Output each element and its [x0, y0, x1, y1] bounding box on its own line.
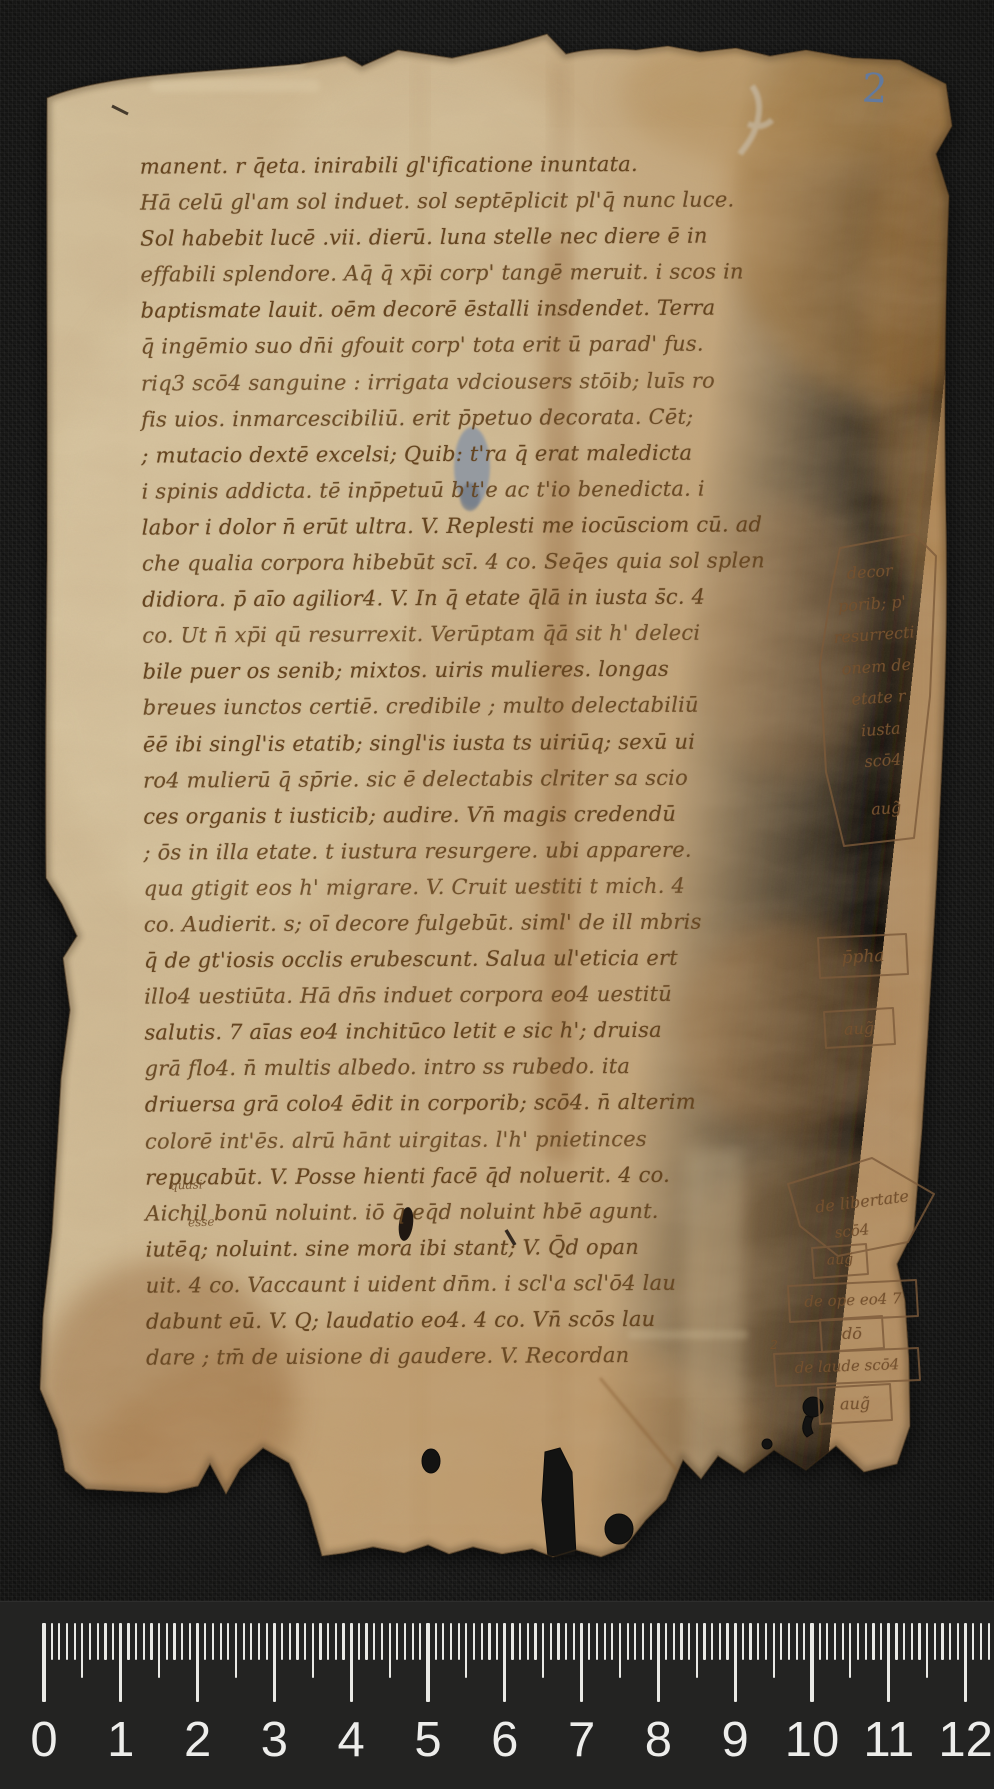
ruler-tick [281, 1623, 283, 1660]
ruler-tick [780, 1623, 782, 1660]
ruler-tick [842, 1623, 844, 1660]
ruler-tick [335, 1623, 337, 1660]
manuscript-text-line: riq3 scō4 sanguine : irrigata vdciousers… [141, 362, 741, 401]
ruler-tick [887, 1623, 890, 1702]
foliation-number: 2 [861, 65, 889, 112]
ruler-tick [312, 1623, 314, 1678]
ruler-tick [642, 1623, 644, 1660]
ruler-tick [458, 1623, 460, 1660]
ruler-tick [949, 1623, 951, 1660]
ruler-tick [342, 1623, 344, 1660]
manuscript-text-line: labor i dolor n̄ erūt ultra. V. Replesti… [142, 506, 742, 545]
ruler-tick [688, 1623, 690, 1660]
ruler-tick [796, 1623, 798, 1660]
margin-box-laude: de laude scō4 [776, 1350, 919, 1383]
ruler-tick [527, 1623, 529, 1660]
ruler-tick [396, 1623, 398, 1660]
ruler-tick [389, 1623, 391, 1678]
ruler-tick [988, 1623, 990, 1660]
ruler-tick [588, 1623, 590, 1660]
ruler-tick [150, 1623, 152, 1660]
manuscript-text-line: salutis. 7 aīas eo4 inchitūco letit e si… [144, 1012, 744, 1051]
manuscript-text-line: Aichil bonū noluint. iō q̄ eq̄d noluint … [145, 1192, 745, 1231]
ruler-tick [895, 1623, 897, 1660]
manuscript-text-line: i spinis addicta. tē inp̄petuū b't'e ac … [141, 470, 741, 509]
ruler-tick [503, 1623, 506, 1702]
manuscript-text-line: ; ōs in illa etate. t iustura resurgere.… [143, 831, 743, 870]
manuscript-text-line: Hā celū gl'am sol induet. sol septēplici… [140, 182, 740, 221]
ruler-tick [104, 1623, 106, 1660]
ruler-tick [127, 1623, 129, 1660]
ruler-tick [619, 1623, 621, 1678]
manuscript-text-line: che qualia corpora hibebūt scī. 4 co. Se… [142, 542, 742, 581]
ruler-tick [611, 1623, 613, 1660]
ruler-tick [810, 1623, 813, 1702]
ruler-tick [189, 1623, 191, 1660]
margin-box-laude-superscript: 2 [764, 1338, 784, 1352]
manuscript-text-line: dabunt eū. V. Q; laudatio eo4. 4 co. Vn̄… [146, 1300, 746, 1339]
ruler-tick [519, 1623, 521, 1660]
ruler-tick [934, 1623, 936, 1660]
ruler-tick [173, 1623, 175, 1660]
ruler-tick [627, 1623, 629, 1660]
ruler-tick [381, 1623, 383, 1660]
ruler-tick [657, 1623, 660, 1702]
scale-ruler: 0123456789101112 [0, 1601, 994, 1789]
manuscript-text-line: ēē ibi singl'is etatib; singl'is iusta t… [143, 723, 743, 762]
ruler-tick [711, 1623, 713, 1660]
ruler-tick [872, 1623, 874, 1660]
ruler-tick [350, 1623, 353, 1702]
ruler-tick [81, 1623, 83, 1678]
ruler-tick [511, 1623, 513, 1660]
ruler-tick [557, 1623, 559, 1660]
ruler-tick [819, 1623, 821, 1660]
ruler-tick [534, 1623, 536, 1660]
ruler-tick [926, 1623, 928, 1678]
ruler-tick [465, 1623, 467, 1678]
interlinear-gloss: quasi [170, 1177, 203, 1192]
ruler-tick [680, 1623, 682, 1660]
margin-note-line: scō4 [824, 741, 942, 781]
manuscript-text-line: iutēq; noluint. sine mora ibi stant; V. … [145, 1228, 745, 1267]
ruler-tick [243, 1623, 245, 1660]
ruler-tick [365, 1623, 367, 1660]
ruler-tick [266, 1623, 268, 1660]
ruler-tick [496, 1623, 498, 1660]
ruler-tick [273, 1623, 276, 1702]
ruler-tick [51, 1623, 53, 1660]
manuscript-text-line: q̄ de gt'iosis occlis erubescunt. Salua … [144, 939, 744, 978]
manuscript-text-line: grā flo4. n̄ multis albedo. intro ss rub… [145, 1048, 745, 1087]
manuscript-text-block: manent. r q̄eta. inirabili gl'ificatione… [140, 145, 746, 1375]
ruler-tick [66, 1623, 68, 1660]
margin-box-opere: de ope eo4 7 [789, 1282, 916, 1318]
ruler-tick [765, 1623, 767, 1660]
manuscript-text-line: ro4 mulierū q̄ sp̄rie. sic ē delectabis … [143, 759, 743, 798]
ruler-tick [941, 1623, 943, 1660]
ruler-tick [726, 1623, 728, 1660]
ruler-tick [450, 1623, 452, 1660]
ruler-tick [918, 1623, 920, 1660]
ruler-tick [980, 1623, 982, 1660]
manuscript-text-line: baptismate lauit. oēm decorē ēstalli ins… [141, 290, 741, 329]
ruler-tick [250, 1623, 252, 1660]
ruler-tick [964, 1623, 967, 1702]
ruler-tick [227, 1623, 229, 1660]
ruler-tick [550, 1623, 552, 1660]
margin-box-aug-small: aug̃ [825, 1010, 893, 1045]
margin-cartouche-resurrection: decorporib; p'resurrectionem deetate riu… [811, 552, 945, 827]
manuscript-text-line: ; mutacio dextē excelsi; Quib: t'ra q̄ e… [141, 434, 741, 473]
ruler-tick [235, 1623, 237, 1678]
ruler-tick [296, 1623, 298, 1660]
ruler-tick [857, 1623, 859, 1660]
ruler-tick [196, 1623, 199, 1702]
ruler-tick [911, 1623, 913, 1660]
margin-box-aug-attached: aug̃ [813, 1245, 866, 1276]
ruler-tick [319, 1623, 321, 1660]
ruler-tick [435, 1623, 437, 1660]
ruler-tick [580, 1623, 583, 1702]
ruler-tick [481, 1623, 483, 1660]
manuscript-text-line: uit. 4 co. Vaccaunt i uident dn̄m. i scl… [146, 1264, 746, 1303]
ruler-tick [788, 1623, 790, 1660]
ruler-tick [89, 1623, 91, 1660]
ruler-tick [135, 1623, 137, 1660]
ruler-tick [258, 1623, 260, 1660]
margin-box-dei: dō [822, 1318, 882, 1348]
manuscript-text-line: manent. r q̄eta. inirabili gl'ificatione… [140, 145, 740, 184]
ruler-tick [97, 1623, 99, 1660]
digitized-manuscript-page: manent. r q̄eta. inirabili gl'ificatione… [0, 0, 994, 1789]
ruler-tick [565, 1623, 567, 1660]
manuscript-text-line: qua gtigit eos h' migrare. V. Cruit uest… [144, 867, 744, 906]
ruler-tick [112, 1623, 114, 1660]
manuscript-text-line: dare ; tm̄ de uisione di gaudere. V. Rec… [146, 1337, 746, 1376]
manuscript-text-line: co. Audierit. s; oī decore fulgebūt. sim… [144, 903, 744, 942]
ruler-tick [542, 1623, 544, 1678]
ruler-tick [849, 1623, 851, 1678]
ruler-tick [596, 1623, 598, 1660]
ruler-tick [972, 1623, 974, 1660]
manuscript-text-line: effabili splendore. Aq̄ q̄ xp̄i corp' ta… [140, 254, 740, 293]
ruler-tick [289, 1623, 291, 1660]
ruler-tick [220, 1623, 222, 1660]
manuscript-text-line: didiora. p̄ aīo agilior4. V. In q̄ etate… [142, 579, 742, 618]
ruler-tick [473, 1623, 475, 1660]
ruler-tick [373, 1623, 375, 1660]
ruler-tick [573, 1623, 575, 1660]
ruler-tick [412, 1623, 414, 1660]
ruler-tick [404, 1623, 406, 1660]
ruler-tick [488, 1623, 490, 1660]
ruler-tick [749, 1623, 751, 1660]
manuscript-text-line: repucabūt. V. Posse hienti facē q̄d nolu… [145, 1156, 745, 1195]
ruler-tick [773, 1623, 775, 1678]
ruler-tick [58, 1623, 60, 1660]
ruler-tick [703, 1623, 705, 1660]
ruler-tick [74, 1623, 76, 1660]
manuscript-text-line: breues iunctos certiē. credibile ; multo… [143, 687, 743, 726]
ruler-tick [665, 1623, 667, 1660]
ruler-tick [426, 1623, 429, 1702]
margin-box-propheta: p̄pha [819, 938, 907, 976]
ruler-tick [757, 1623, 759, 1660]
interlinear-gloss: esse [188, 1215, 215, 1230]
manuscript-text-line: illo4 uestiūta. Hā dn̄s induet corpora e… [144, 976, 744, 1015]
ruler-tick [143, 1623, 145, 1660]
ruler-tick [442, 1623, 444, 1660]
ruler-tick [696, 1623, 698, 1678]
manuscript-text-line: fis uios. inmarcescibiliū. erit p̄petuo … [141, 398, 741, 437]
ruler-tick [166, 1623, 168, 1660]
ruler-tick [327, 1623, 329, 1660]
manuscript-text-line: co. Ut n̄ xp̄i qū resurrexit. Verūptam q… [142, 615, 742, 654]
ruler-tick [650, 1623, 652, 1660]
manuscript-text-line: colorē int'ēs. alrū hānt uirgitas. l'h' … [145, 1120, 745, 1159]
ruler-tick [803, 1623, 805, 1660]
ruler-tick [719, 1623, 721, 1660]
ruler-tick [826, 1623, 828, 1660]
margin-box-aug-bottom: aug̃ [819, 1387, 890, 1419]
ruler-tick [119, 1623, 122, 1702]
ruler-tick [358, 1623, 360, 1660]
ruler-tick [212, 1623, 214, 1660]
ruler-tick [304, 1623, 306, 1660]
manuscript-text-line: ces organis t iusticib; audire. Vn̄ magi… [143, 795, 743, 834]
manuscript-text-line: Sol habebit lucē .vii. dierū. luna stell… [140, 218, 740, 257]
ruler-tick [634, 1623, 636, 1660]
ruler-tick [181, 1623, 183, 1660]
ruler-tick [42, 1623, 45, 1702]
ruler-number: 12 [921, 1712, 994, 1768]
ruler-tick [734, 1623, 737, 1702]
ruler-tick [834, 1623, 836, 1660]
ruler-tick [742, 1623, 744, 1660]
ruler-tick [903, 1623, 905, 1660]
manuscript-text-line: bile puer os senib; mixtos. uiris mulier… [142, 651, 742, 690]
ruler-tick [204, 1623, 206, 1660]
ruler-tick [957, 1623, 959, 1660]
manuscript-text-line: q̄ ingēmio suo dn̄i gfouit corp' tota er… [141, 326, 741, 365]
ruler-tick [880, 1623, 882, 1660]
ruler-tick [604, 1623, 606, 1660]
ruler-tick [865, 1623, 867, 1660]
ruler-tick [158, 1623, 160, 1678]
manuscript-text-line: driuersa grā colo4 ēdit in corporib; scō… [145, 1084, 745, 1123]
ruler-tick [673, 1623, 675, 1660]
ruler-tick [419, 1623, 421, 1660]
